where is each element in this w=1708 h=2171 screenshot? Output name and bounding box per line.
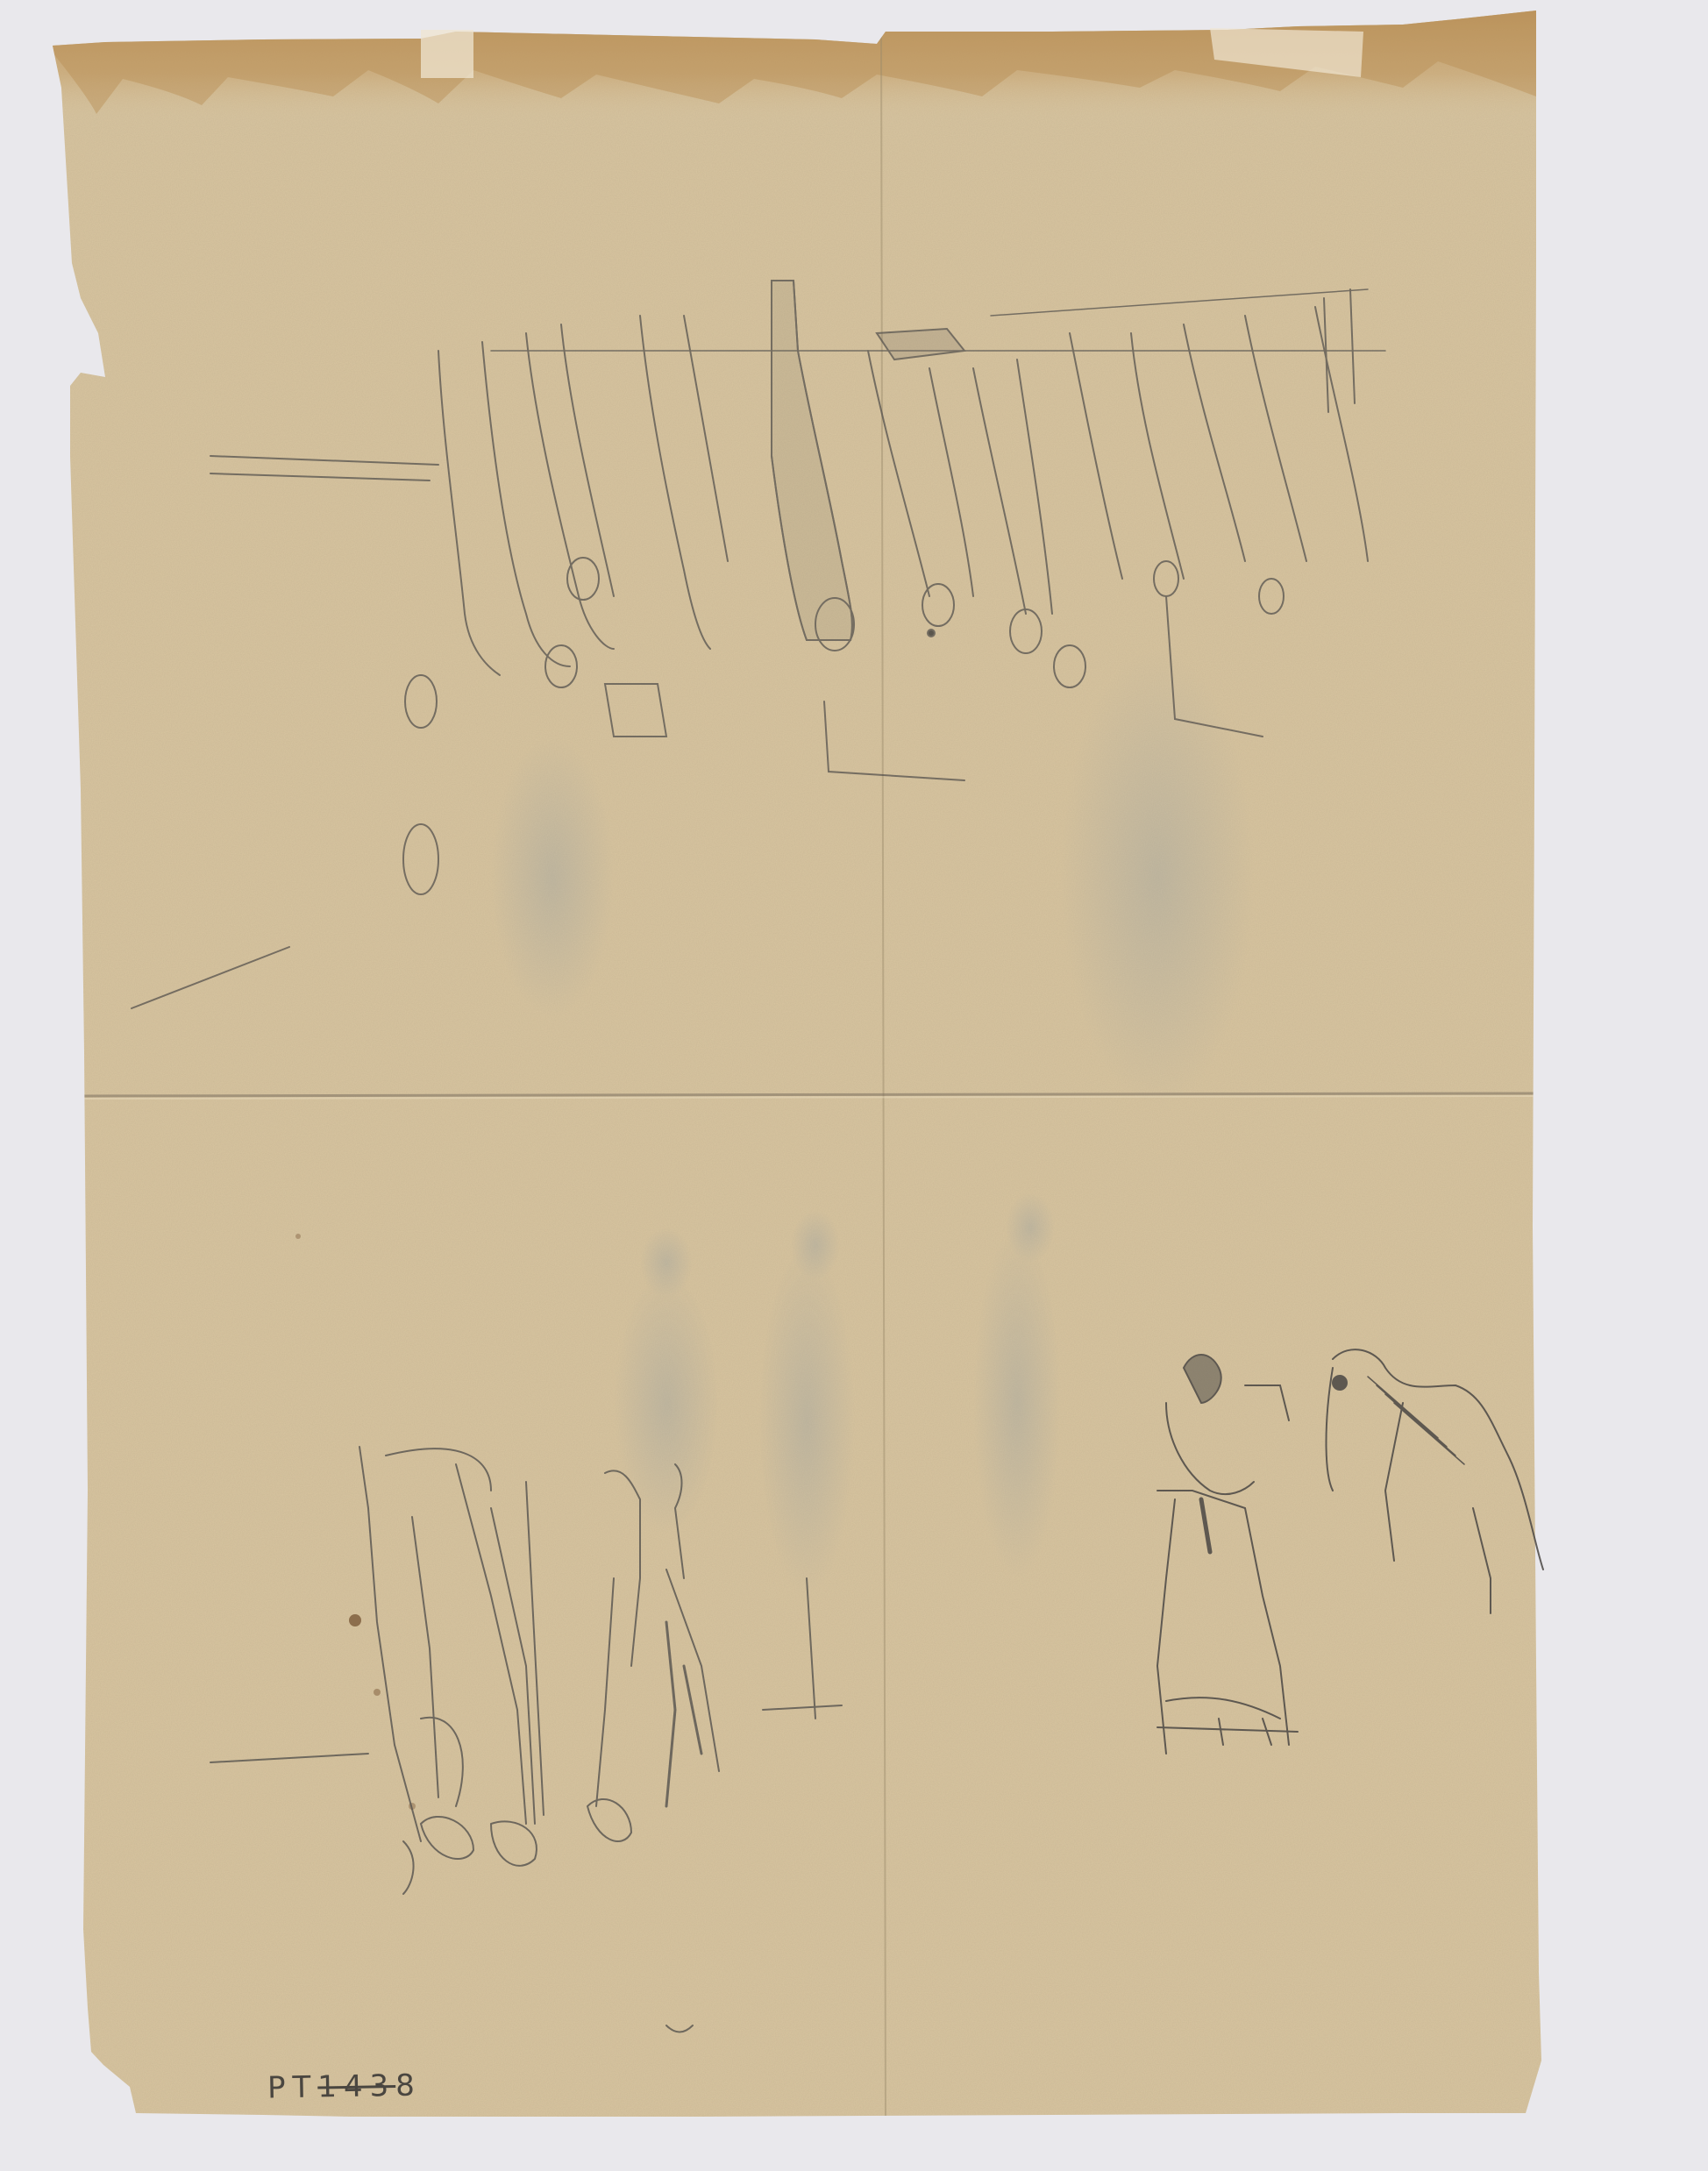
inventory-inscription: PT1438 [267,2068,422,2105]
inscription-suffix: 8 [395,2068,422,2103]
inscription-struck-number: 143 [317,2068,396,2105]
inscription-prefix: PT [267,2070,318,2106]
scan-stage: PT1438 Pencil sketch sheet on aged folde… [0,0,1708,2171]
tape-left [421,30,473,78]
paper-sheet [0,0,1708,2171]
